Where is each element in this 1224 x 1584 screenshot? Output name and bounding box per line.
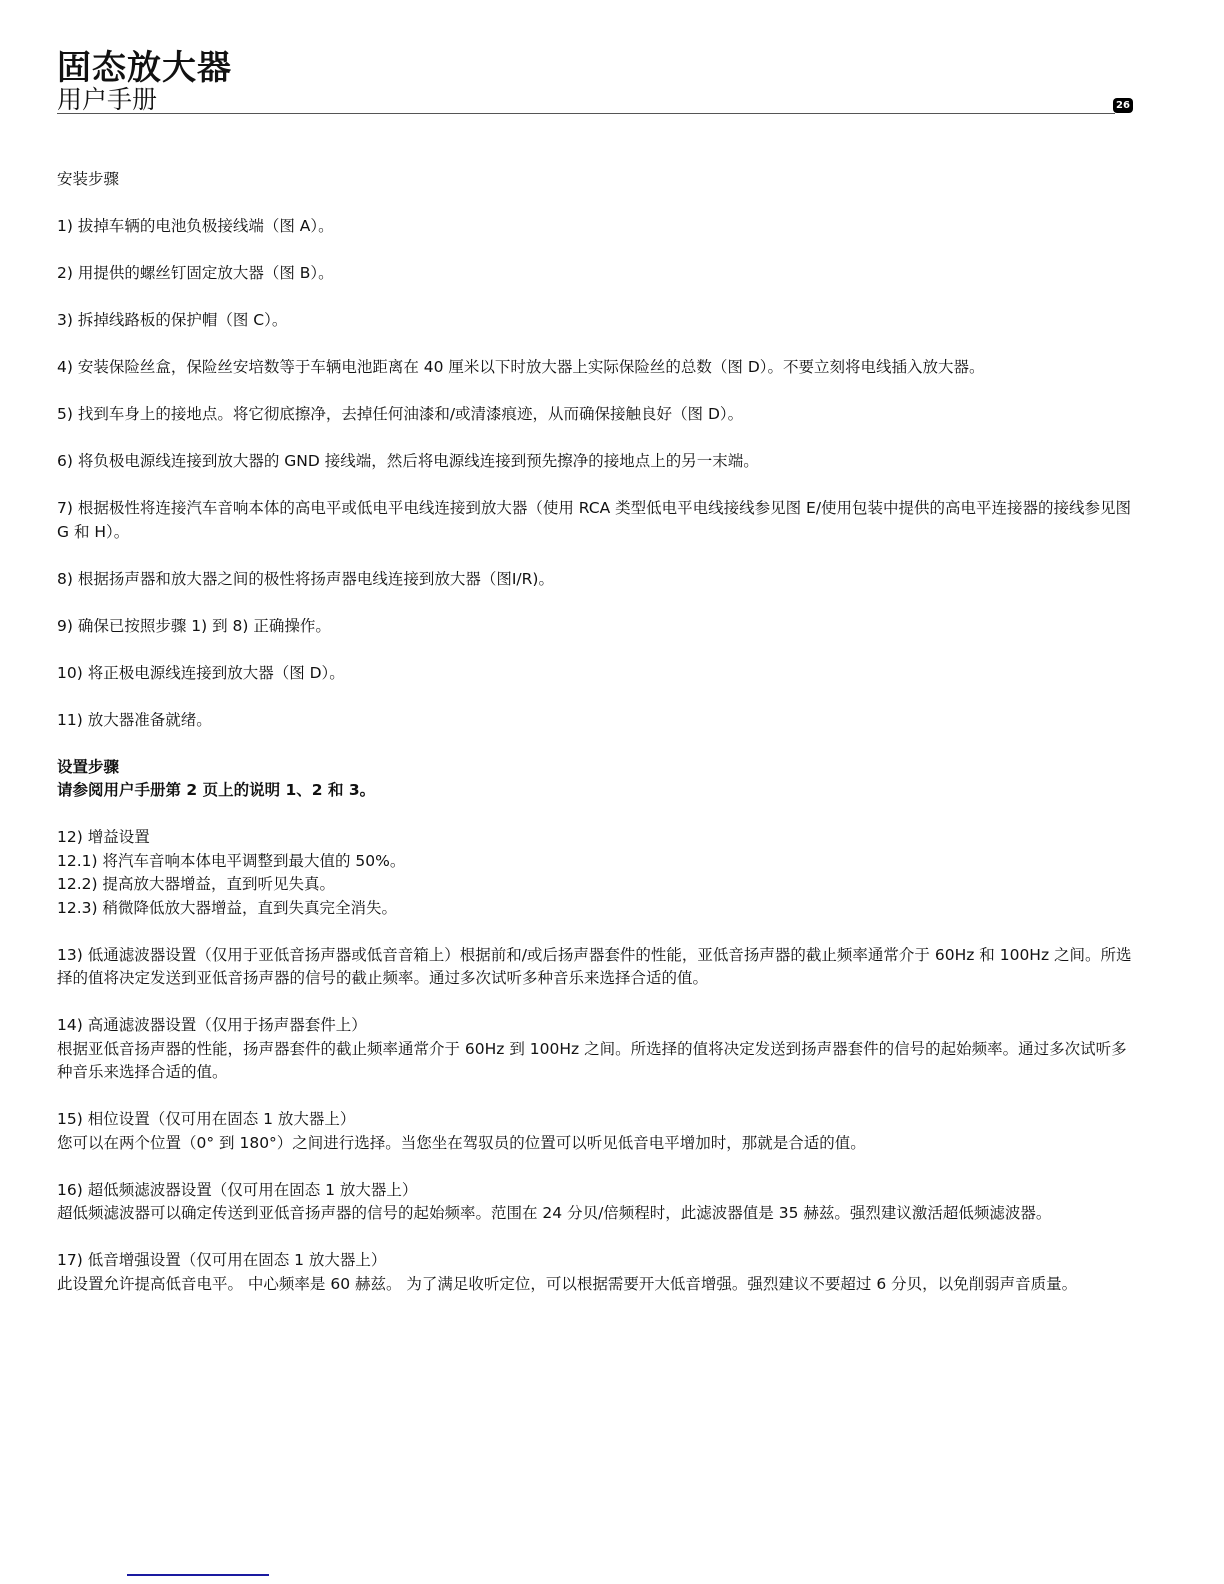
install-step-3: 3) 拆掉线路板的保护帽（图 C）。 [57, 309, 1142, 333]
gain-substep-2: 12.2) 提高放大器增益，直到听见失真。 [57, 873, 1142, 897]
bassboost-heading: 17) 低音增强设置（仅可用在固态 1 放大器上） [57, 1249, 1142, 1273]
lowpass-section: 13) 低通滤波器设置（仅用于亚低音扬声器或低音音箱上）根据前和/或后扬声器套件… [57, 944, 1142, 991]
footer-divider [127, 1574, 269, 1576]
bassboost-body: 此设置允许提高低音电平。 中心频率是 60 赫兹。 为了满足收听定位，可以根据需… [57, 1273, 1142, 1297]
document-title: 固态放大器 [57, 48, 232, 88]
setup-intro: 请参阅用户手册第 2 页上的说明 1、2 和 3。 [57, 779, 1142, 803]
subsonic-body: 超低频滤波器可以确定传送到亚低音扬声器的信号的起始频率。范围在 24 分贝/倍频… [57, 1202, 1142, 1226]
gain-heading: 12) 增益设置 [57, 826, 1142, 850]
phase-heading: 15) 相位设置（仅可用在固态 1 放大器上） [57, 1108, 1142, 1132]
highpass-heading: 14) 高通滤波器设置（仅用于扬声器套件上） [57, 1014, 1142, 1038]
install-step-4: 4) 安装保险丝盒，保险丝安培数等于车辆电池距离在 40 厘米以下时放大器上实际… [57, 356, 1142, 380]
install-step-5: 5) 找到车身上的接地点。将它彻底擦净，去掉任何油漆和/或清漆痕迹，从而确保接触… [57, 403, 1142, 427]
install-step-9: 9) 确保已按照步骤 1) 到 8) 正确操作。 [57, 615, 1142, 639]
install-step-7: 7) 根据极性将连接汽车音响本体的高电平或低电平电线连接到放大器（使用 RCA … [57, 497, 1142, 544]
install-heading: 安装步骤 [57, 168, 1142, 192]
header-divider [57, 113, 1115, 114]
document-body: 安装步骤 1) 拔掉车辆的电池负极接线端（图 A）。 2) 用提供的螺丝钉固定放… [57, 168, 1142, 1320]
gain-substep-1: 12.1) 将汽车音响本体电平调整到最大值的 50%。 [57, 850, 1142, 874]
highpass-body: 根据亚低音扬声器的性能，扬声器套件的截止频率通常介于 60Hz 到 100Hz … [57, 1038, 1142, 1085]
setup-heading: 设置步骤 [57, 756, 1142, 780]
install-step-11: 11) 放大器准备就绪。 [57, 709, 1142, 733]
gain-substep-3: 12.3) 稍微降低放大器增益，直到失真完全消失。 [57, 897, 1142, 921]
install-step-10: 10) 将正极电源线连接到放大器（图 D）。 [57, 662, 1142, 686]
phase-body: 您可以在两个位置（0° 到 180°）之间进行选择。当您坐在驾驭员的位置可以听见… [57, 1132, 1142, 1156]
install-step-8: 8) 根据扬声器和放大器之间的极性将扬声器电线连接到放大器（图I/R)。 [57, 568, 1142, 592]
subsonic-heading: 16) 超低频滤波器设置（仅可用在固态 1 放大器上） [57, 1179, 1142, 1203]
install-step-1: 1) 拔掉车辆的电池负极接线端（图 A）。 [57, 215, 1142, 239]
install-step-6: 6) 将负极电源线连接到放大器的 GND 接线端，然后将电源线连接到预先擦净的接… [57, 450, 1142, 474]
install-step-2: 2) 用提供的螺丝钉固定放大器（图 B）。 [57, 262, 1142, 286]
document-subtitle: 用户手册 [57, 86, 157, 114]
page-number-badge: 26 [1113, 98, 1133, 113]
